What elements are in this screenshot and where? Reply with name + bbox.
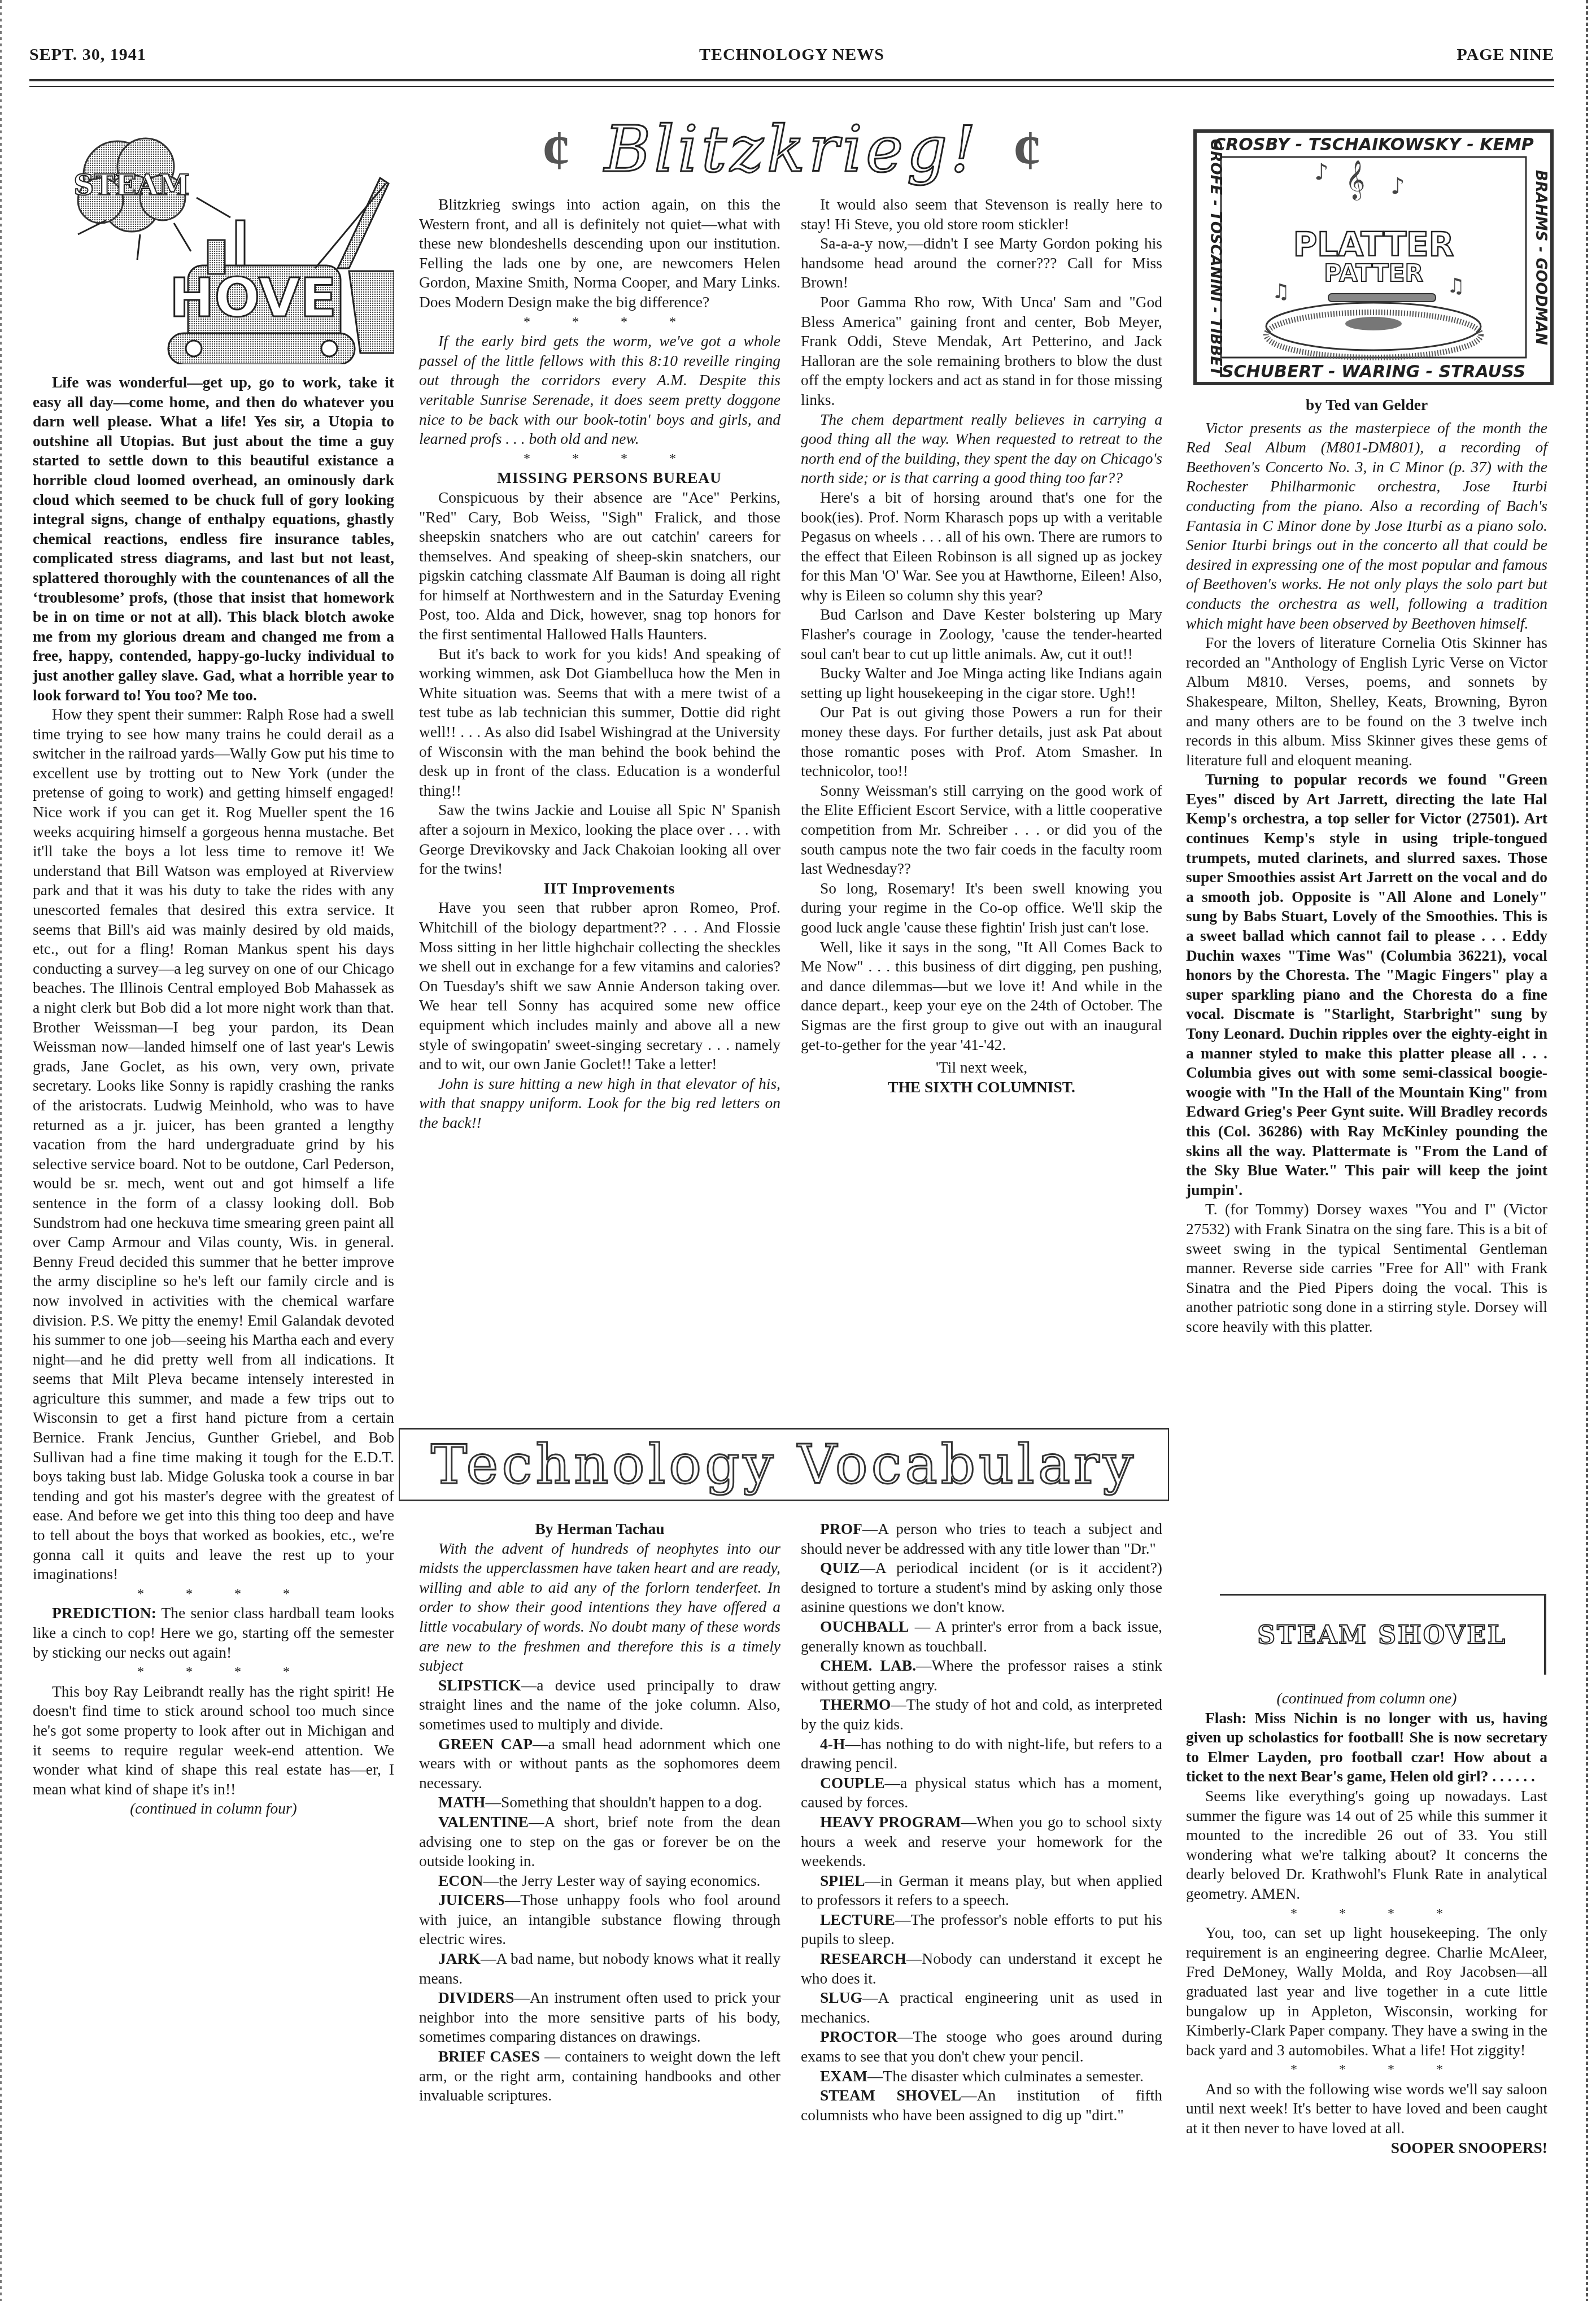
section-divider: * * * * [419,449,780,469]
section-divider: * * * * [33,1584,394,1604]
vocab-entry: LECTURE—The professor's noble efforts to… [801,1910,1162,1949]
article-paragraph: Poor Gamma Rho row, With Unca' Sam and "… [801,293,1162,410]
missing-persons-heading: MISSING PERSONS BUREAU [419,468,780,488]
svg-text:SCHUBERT - WARING - STRAUSS: SCHUBERT - WARING - STRAUSS [1222,362,1525,382]
signoff: 'Til next week, [801,1058,1162,1078]
article-paragraph: Sa-a-a-y now,—didn't I see Marty Gordon … [801,234,1162,293]
svg-text:♫: ♫ [1447,274,1465,298]
blitzkrieg-column-left: Blitzkrieg swings into action again, on … [419,195,780,1133]
svg-text:PATTER: PATTER [1324,259,1423,287]
vocab-entry: STEAM SHOVEL—An institution of fifth col… [801,2086,1162,2125]
vocab-entry: SLUG—A practical engineering unit as use… [801,1988,1162,2027]
article-paragraph: Flash: Miss Nichin is no longer with us,… [1186,1709,1547,1786]
vocab-entry: SPIEL—in German it means play, but when … [801,1871,1162,1910]
masthead-rule [29,79,1554,87]
masthead: SEPT. 30, 1941 TECHNOLOGY NEWS PAGE NINE [29,41,1554,75]
continuation-note: (continued from column one) [1186,1689,1547,1709]
vocab-entry: MATH—Something that shouldn't happen to … [419,1793,780,1812]
svg-text:♪: ♪ [1390,173,1405,199]
vocab-entry: DIVIDERS—An instrument often used to pri… [419,1988,780,2047]
vocab-entry: VALENTINE—A short, brief note from the d… [419,1812,780,1871]
article-paragraph: If the early bird gets the worm, we've g… [419,332,780,449]
vocab-entry: JARK—A bad name, but nobody knows what i… [419,1949,780,1988]
vocabulary-title: Technology Vocabulary [431,1433,1137,1496]
svg-text:STEAM: STEAM [73,168,190,202]
svg-text:♪: ♪ [1314,159,1329,185]
vocabulary-column-left: By Herman Tachau With the advent of hund… [419,1519,780,2106]
article-paragraph: Blitzkrieg swings into action again, on … [419,195,780,312]
blitzkrieg-header: ¢ Blitzkrieg! ¢ [419,116,1165,184]
article-paragraph: Saw the twins Jackie and Louise all Spic… [419,800,780,878]
article-paragraph: How they spent their summer: Ralph Rose … [33,705,394,1584]
article-paragraph: John is sure hitting a new high in that … [419,1074,780,1133]
svg-text:𝄞: 𝄞 [1345,160,1365,201]
article-paragraph: Turning to popular records we found "Gre… [1186,770,1547,1200]
article-paragraph: So long, Rosemary! It's been swell knowi… [801,879,1162,938]
byline: By Herman Tachau [419,1519,780,1539]
article-paragraph: Seems like everything's going up nowaday… [1186,1786,1547,1904]
paper-name: TECHNOLOGY NEWS [29,45,1554,64]
steam-shovel-illustration-icon: STEAM HOVE [33,121,394,364]
article-paragraph: But it's back to work for you kids! And … [419,644,780,801]
author-signature: SOOPER SNOOPERS! [1186,2138,1547,2158]
article-paragraph: Sonny Weissman's still carrying on the g… [801,781,1162,879]
article-paragraph: You, too, can set up light housekeeping.… [1186,1923,1547,2060]
section-divider: * * * * [1186,2060,1547,2080]
section-divider: * * * * [1186,1904,1547,1924]
article-paragraph: This boy Ray Leibrandt really has the ri… [33,1682,394,1799]
article-paragraph: Bud Carlson and Dave Kester bolstering u… [801,605,1162,664]
article-paragraph: Our Pat is out giving those Powers a run… [801,703,1162,781]
article-paragraph: It would also seem that Stevenson is rea… [801,195,1162,234]
vocabulary-intro: With the advent of hundreds of neophytes… [419,1539,780,1676]
svg-text:CROSBY - TSCHAIKOWSKY - KEMP: CROSBY - TSCHAIKOWSKY - KEMP [1213,135,1534,155]
steam-shovel-continued-column: (continued from column one) Flash: Miss … [1186,1689,1547,2158]
blitzkrieg-column-right: It would also seem that Stevenson is rea… [801,195,1162,1097]
vocab-entry: RESEARCH—Nobody can understand it except… [801,1949,1162,1988]
svg-text:BRAHMS - GOODMAN: BRAHMS - GOODMAN [1532,170,1549,345]
byline: by Ted van Gelder [1186,395,1547,415]
article-paragraph: Have you seen that rubber apron Romeo, P… [419,898,780,1074]
article-paragraph: Bucky Walter and Joe Minga acting like I… [801,664,1162,703]
page-number: PAGE NINE [1457,45,1554,64]
article-paragraph: Life was wonderful—get up, go to work, t… [33,373,394,705]
article-paragraph: For the lovers of literature Cornelia Ot… [1186,633,1547,770]
ornament-icon: ¢ [1013,117,1041,182]
vocab-entry: COUPLE—a physical status which has a mom… [801,1773,1162,1812]
article-paragraph: Here's a bit of horsing around that's on… [801,488,1162,605]
article-paragraph: And so with the following wise words we'… [1186,2080,1547,2138]
article-paragraph: Victor presents as the masterpiece of th… [1186,419,1547,634]
blitzkrieg-title: Blitzkrieg! [604,113,979,186]
article-paragraph: T. (for Tommy) Dorsey waxes "You and I" … [1186,1200,1547,1336]
vocab-entry: PROF—A person who tries to teach a subje… [801,1519,1162,1558]
svg-text:GROFE - TOSCANINI - TIBBET: GROFE - TOSCANINI - TIBBET [1207,139,1224,377]
newspaper-page: SEPT. 30, 1941 TECHNOLOGY NEWS PAGE NINE… [0,0,1596,2301]
steam-shovel-title: STEAM SHOVEL [1257,1621,1507,1650]
vocab-entry: BRIEF CASES — containers to weight down … [419,2047,780,2106]
vocab-entry: JUICERS—Those unhappy fools who fool aro… [419,1890,780,1949]
article-paragraph: The chem department really believes in c… [801,410,1162,488]
article-paragraph: Well, like it says in the song, "It All … [801,938,1162,1055]
vocab-entry: EXAM—The disaster which culminates a sem… [801,2067,1162,2086]
section-divider: * * * * [419,312,780,332]
vocab-entry: ECON—the Jerry Lester way of saying econ… [419,1871,780,1891]
vocab-entry: HEAVY PROGRAM—When you go to school sixt… [801,1812,1162,1871]
iit-improvements-heading: IIT Improvements [419,879,780,899]
vocabulary-banner: Technology Vocabulary [399,1428,1169,1501]
article-paragraph: Conspicuous by their absence are "Ace" P… [419,488,780,644]
svg-text:HOVE: HOVE [169,267,337,329]
steam-shovel-column: Life was wonderful—get up, go to work, t… [33,373,394,1819]
platter-patter-logo: CROSBY - TSCHAIKOWSKY - KEMP SCHUBERT - … [1193,129,1554,386]
svg-text:♫: ♫ [1272,280,1290,303]
ornament-icon: ¢ [542,117,570,182]
platter-patter-column: by Ted van Gelder Victor presents as the… [1186,395,1547,1337]
author-signature: THE SIXTH COLUMNIST. [801,1078,1162,1097]
svg-text:PLATTER: PLATTER [1293,225,1454,264]
vocab-entry: SLIPSTICK—a device used principally to d… [419,1676,780,1735]
vocab-entry: GREEN CAP—a small head adornment which o… [419,1735,780,1793]
vocab-entry: QUIZ—A periodical incident (or is it acc… [801,1558,1162,1617]
vocab-entry: PROCTOR—The stooge who goes around durin… [801,2027,1162,2066]
vocabulary-column-right: PROF—A person who tries to teach a subje… [801,1519,1162,2125]
prediction-paragraph: PREDICTION: The senior class hardball te… [33,1603,394,1662]
vocab-entry: THERMO—The study of hot and cold, as int… [801,1695,1162,1734]
page-edge-left [0,0,2,2301]
vocab-entry: 4-H—has nothing to do with night-life, b… [801,1735,1162,1773]
steam-shovel-continued-header: STEAM SHOVEL [1220,1594,1546,1675]
vocab-entry: OUCHBALL — A printer's error from a back… [801,1617,1162,1656]
section-divider: * * * * [33,1662,394,1682]
page-edge-right [1586,0,1588,2301]
vocab-entry: CHEM. LAB.—Where the professor raises a … [801,1656,1162,1695]
continuation-note: (continued in column four) [33,1799,394,1819]
